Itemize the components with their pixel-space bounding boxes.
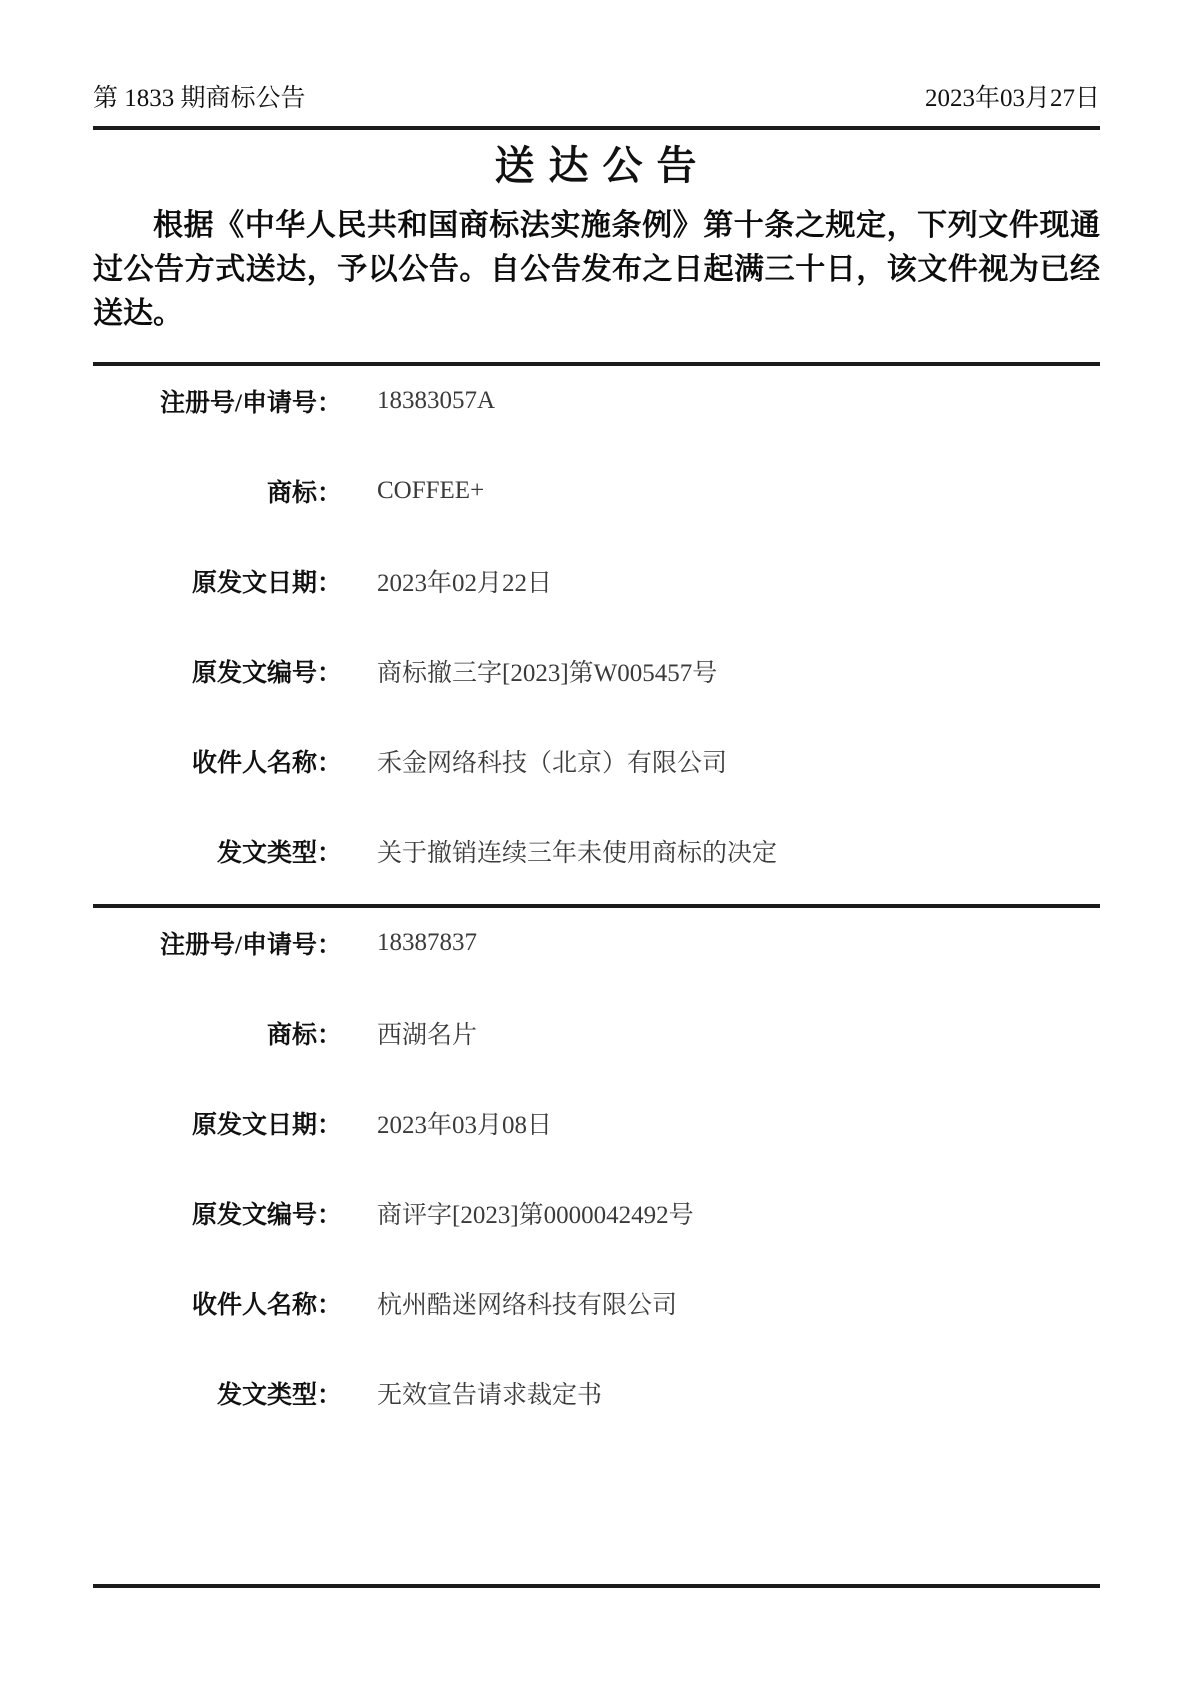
field-label: 原发文日期： (93, 563, 342, 599)
gazette-date: 2023年03月27日 (925, 84, 1100, 114)
field-label: 收件人名称： (93, 1285, 342, 1321)
field-label: 收件人名称： (93, 743, 342, 779)
field-row: 商标： COFFEE+ (93, 446, 1100, 536)
notice-record: 注册号/申请号： 18387837 商标： 西湖名片 原发文日期： 2023年0… (93, 898, 1100, 1438)
field-value: 2023年02月22日 (377, 563, 552, 599)
field-row: 原发文编号： 商评字[2023]第0000042492号 (93, 1168, 1100, 1258)
field-label: 商标： (93, 1015, 342, 1051)
field-value: 西湖名片 (377, 1015, 477, 1051)
field-value: COFFEE+ (377, 477, 484, 505)
field-value: 2023年03月08日 (377, 1105, 552, 1141)
page-title: 送 达 公 告 (93, 140, 1100, 192)
header-rule (93, 126, 1100, 130)
field-label: 注册号/申请号： (93, 383, 342, 419)
field-label: 商标： (93, 473, 342, 509)
field-row: 原发文日期： 2023年02月22日 (93, 536, 1100, 626)
field-row: 收件人名称： 杭州酷迷网络科技有限公司 (93, 1258, 1100, 1348)
field-label: 原发文日期： (93, 1105, 342, 1141)
field-value: 18383057A (377, 387, 495, 415)
field-label: 发文类型： (93, 1375, 342, 1411)
field-value: 关于撤销连续三年未使用商标的决定 (377, 833, 777, 869)
field-row: 发文类型： 无效宣告请求裁定书 (93, 1348, 1100, 1438)
field-value: 商评字[2023]第0000042492号 (377, 1195, 694, 1231)
field-value: 无效宣告请求裁定书 (377, 1375, 602, 1411)
field-row: 收件人名称： 禾金网络科技（北京）有限公司 (93, 716, 1100, 806)
field-row: 注册号/申请号： 18383057A (93, 356, 1100, 446)
field-value: 杭州酷迷网络科技有限公司 (377, 1285, 677, 1321)
field-label: 注册号/申请号： (93, 925, 342, 961)
intro-paragraph: 根据《中华人民共和国商标法实施条例》第十条之规定，下列文件现通过公告方式送达，予… (93, 204, 1100, 336)
field-row: 发文类型： 关于撤销连续三年未使用商标的决定 (93, 806, 1100, 896)
field-label: 发文类型： (93, 833, 342, 869)
gazette-issue: 第 1833 期商标公告 (93, 84, 306, 114)
page-header: 第 1833 期商标公告 2023年03月27日 (93, 0, 1100, 114)
field-value: 18387837 (377, 929, 477, 957)
records-section: 注册号/申请号： 18383057A 商标： COFFEE+ 原发文日期： 20… (93, 356, 1100, 1588)
field-row: 注册号/申请号： 18387837 (93, 898, 1100, 988)
gazette-page: 第 1833 期商标公告 2023年03月27日 送 达 公 告 根据《中华人民… (0, 0, 1190, 1684)
field-label: 原发文编号： (93, 653, 342, 689)
field-label: 原发文编号： (93, 1195, 342, 1231)
notice-record: 注册号/申请号： 18383057A 商标： COFFEE+ 原发文日期： 20… (93, 356, 1100, 896)
bottom-rule (93, 1584, 1100, 1588)
field-row: 原发文日期： 2023年03月08日 (93, 1078, 1100, 1168)
field-row: 商标： 西湖名片 (93, 988, 1100, 1078)
field-row: 原发文编号： 商标撤三字[2023]第W005457号 (93, 626, 1100, 716)
field-value: 禾金网络科技（北京）有限公司 (377, 743, 727, 779)
field-value: 商标撤三字[2023]第W005457号 (377, 653, 717, 689)
